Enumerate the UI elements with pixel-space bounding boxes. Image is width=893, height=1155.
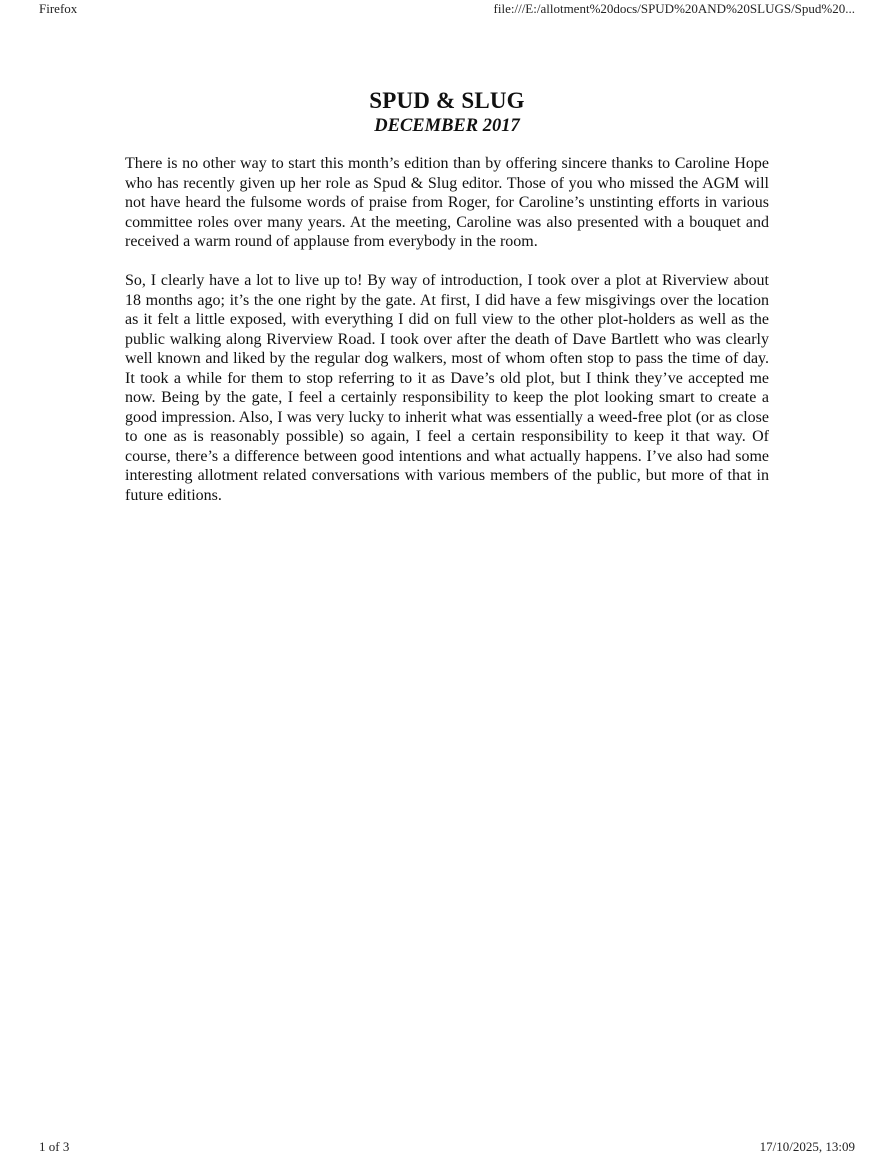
paragraph-thanks: There is no other way to start this mont… [125, 154, 769, 252]
paragraph-introduction: So, I clearly have a lot to live up to! … [125, 271, 769, 505]
print-header-file-path: file:///E:/allotment%20docs/SPUD%20AND%2… [494, 1, 855, 17]
document-body: SPUD & SLUG DECEMBER 2017 There is no ot… [125, 87, 769, 505]
newsletter-issue-date: DECEMBER 2017 [125, 115, 769, 137]
page-indicator: 1 of 3 [39, 1139, 69, 1155]
newsletter-title: SPUD & SLUG [125, 87, 769, 115]
print-header-app-name: Firefox [39, 1, 77, 17]
print-timestamp: 17/10/2025, 13:09 [760, 1139, 855, 1155]
